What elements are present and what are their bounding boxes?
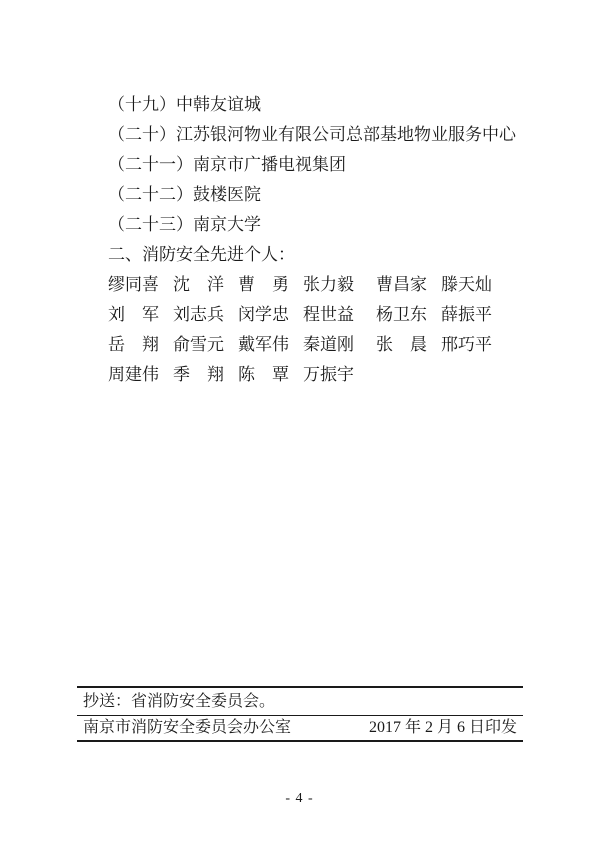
issuer-text: 南京市消防安全委员会办公室 xyxy=(83,716,291,740)
individuals-row-3: 岳 翔 俞雪元 戴军伟 秦道刚 张 晨 邢巧平 xyxy=(108,330,559,360)
person-name: 周建伟 xyxy=(108,360,159,390)
cc-line-text: 抄送：省消防安全委员会。 xyxy=(83,693,275,710)
section-heading: 二、消防安全先进个人： xyxy=(108,240,559,270)
person-name: 陈 覃 xyxy=(238,360,289,390)
person-name: 刘志兵 xyxy=(173,300,224,330)
person-name: 滕天灿 xyxy=(441,270,492,300)
unit-list-item-19: （十九）中韩友谊城 xyxy=(108,90,559,120)
page-number: - 4 - xyxy=(0,791,599,807)
individuals-row-2: 刘 军 刘志兵 闵学忠 程世益 杨卫东 薛振平 xyxy=(108,300,559,330)
document-body: （十九）中韩友谊城 （二十）江苏银河物业有限公司总部基地物业服务中心 （二十一）… xyxy=(108,90,559,390)
person-name: 程世益 xyxy=(303,300,354,330)
unit-list-item-23: （二十三）南京大学 xyxy=(108,210,559,240)
unit-list-item-22: （二十二）鼓楼医院 xyxy=(108,180,559,210)
person-name: 刘 军 xyxy=(108,300,159,330)
issue-date-text: 2017 年 2 月 6 日印发 xyxy=(369,716,517,740)
person-name: 闵学忠 xyxy=(238,300,289,330)
cc-row: 抄送：省消防安全委员会。 xyxy=(77,688,523,716)
person-name: 戴军伟 xyxy=(238,330,289,360)
person-name: 邢巧平 xyxy=(441,330,492,360)
person-name: 季 翔 xyxy=(173,360,224,390)
person-name: 岳 翔 xyxy=(108,330,159,360)
person-name: 沈 洋 xyxy=(173,270,224,300)
person-name: 薛振平 xyxy=(441,300,492,330)
person-name: 杨卫东 xyxy=(376,300,427,330)
person-name: 张 晨 xyxy=(376,330,427,360)
individuals-row-4: 周建伟 季 翔 陈 覃 万振宇 xyxy=(108,360,559,390)
person-name: 万振宇 xyxy=(303,360,354,390)
unit-list-item-21: （二十一）南京市广播电视集团 xyxy=(108,150,559,180)
person-name: 缪同喜 xyxy=(108,270,159,300)
individuals-row-1: 缪同喜 沈 洋 曹 勇 张力毅 曹昌家 滕天灿 xyxy=(108,270,559,300)
document-page: （十九）中韩友谊城 （二十）江苏银河物业有限公司总部基地物业服务中心 （二十一）… xyxy=(0,0,599,849)
person-name: 曹昌家 xyxy=(376,270,427,300)
document-footer: 抄送：省消防安全委员会。 南京市消防安全委员会办公室 2017 年 2 月 6 … xyxy=(77,686,523,742)
person-name: 曹 勇 xyxy=(238,270,289,300)
unit-list-item-20: （二十）江苏银河物业有限公司总部基地物业服务中心 xyxy=(108,120,559,150)
person-name: 秦道刚 xyxy=(303,330,354,360)
issue-row: 南京市消防安全委员会办公室 2017 年 2 月 6 日印发 xyxy=(77,716,523,740)
person-name: 俞雪元 xyxy=(173,330,224,360)
person-name: 张力毅 xyxy=(303,270,354,300)
